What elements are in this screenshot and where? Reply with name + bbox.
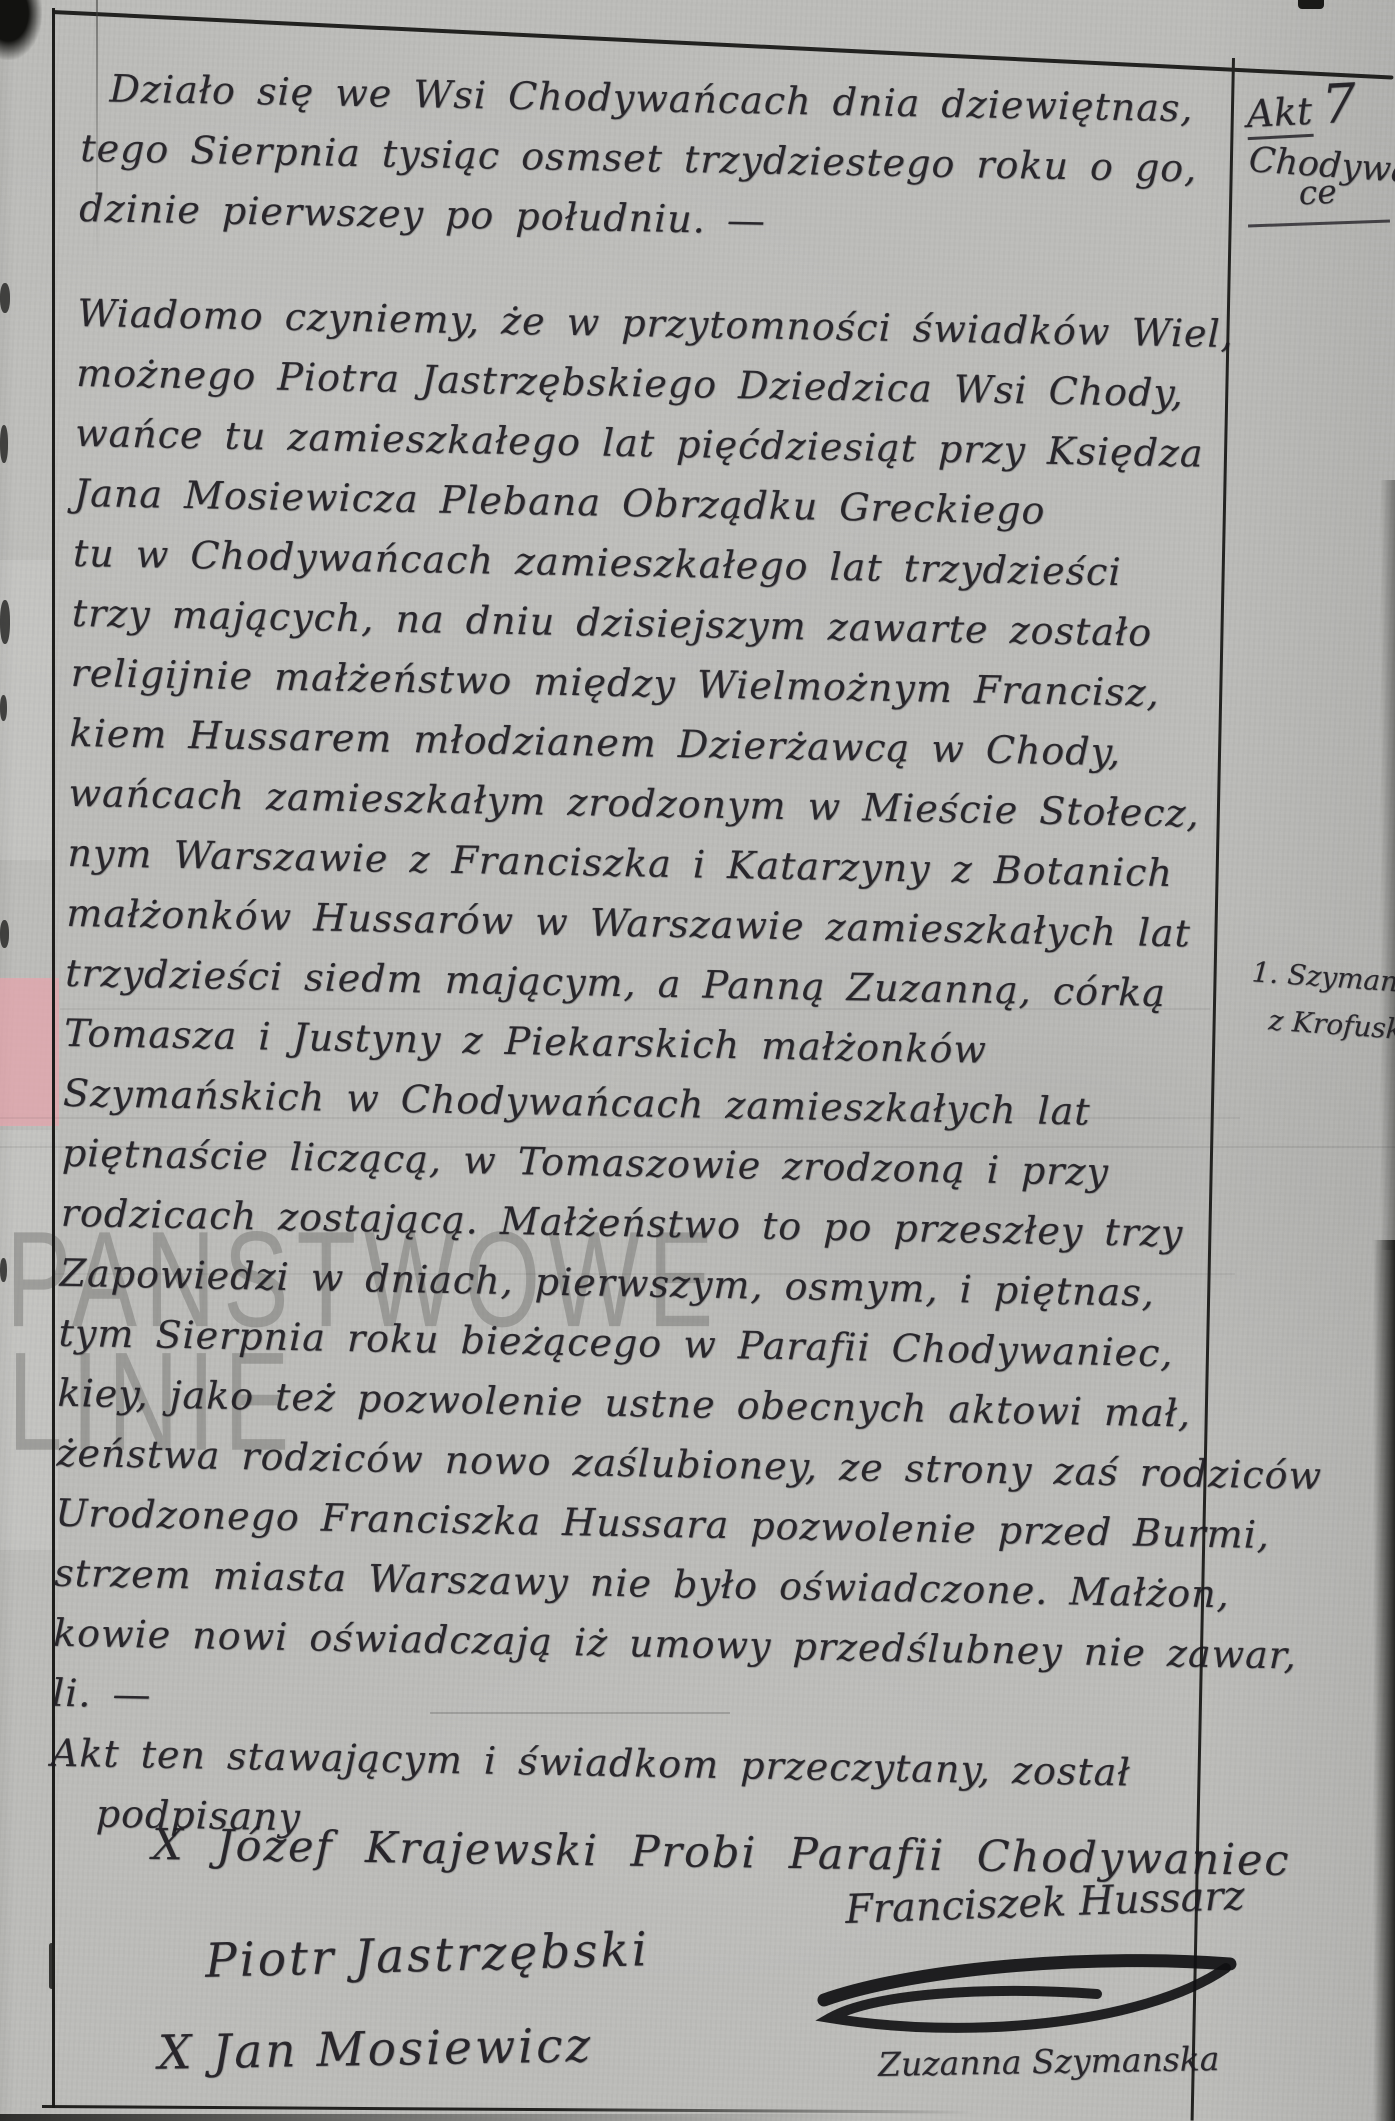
act-word: Akt — [1245, 89, 1313, 140]
edge-nick — [0, 600, 10, 644]
scanned-record-page: PANSTWOWE LINIE Akt7 Chodywań, ce 1. Szy… — [0, 0, 1395, 2121]
scan-shadow-right-lower — [1373, 1240, 1395, 2121]
paper-crease — [96, 0, 98, 262]
frame-bottom-rule — [42, 2105, 977, 2114]
signature-flourish — [812, 1938, 1242, 2048]
edge-nick — [0, 425, 8, 463]
edge-nick — [0, 695, 7, 721]
signature-witness-jan: X Jan Mosiewicz — [158, 2018, 594, 2081]
act-number: 7 — [1320, 71, 1358, 136]
scan-blot-top-left — [0, 0, 42, 60]
edge-nick — [0, 1258, 7, 1282]
signature-groom: Franciszek Hussarz — [844, 1873, 1245, 1933]
act-number-line: Akt7 — [1245, 67, 1395, 140]
edge-nick — [0, 283, 10, 313]
scan-shadow-right-upper — [1380, 480, 1395, 1250]
edge-nick — [0, 920, 9, 948]
side-note-line1: 1. Szymanskij — [1251, 955, 1395, 1002]
margin-side-note: 1. Szymanskij z Krofusk. — [1247, 955, 1395, 1048]
side-note-line2: z Krofusk. — [1267, 1004, 1395, 1049]
record-body-text: Działo się we Wsi Chodywańcach dnia dzie… — [49, 58, 1234, 1864]
act-number-note: Akt7 Chodywań, ce — [1245, 67, 1395, 215]
ink-tick-left-rule — [49, 1943, 54, 1989]
pink-marker-block — [0, 978, 59, 1126]
signature-witness-piotr: Piotr Jastrzębski — [204, 1922, 650, 1989]
scan-shadow-bottom — [0, 2114, 860, 2121]
act-note-underline — [1248, 220, 1390, 228]
scan-mark-top-right — [1298, 0, 1324, 9]
